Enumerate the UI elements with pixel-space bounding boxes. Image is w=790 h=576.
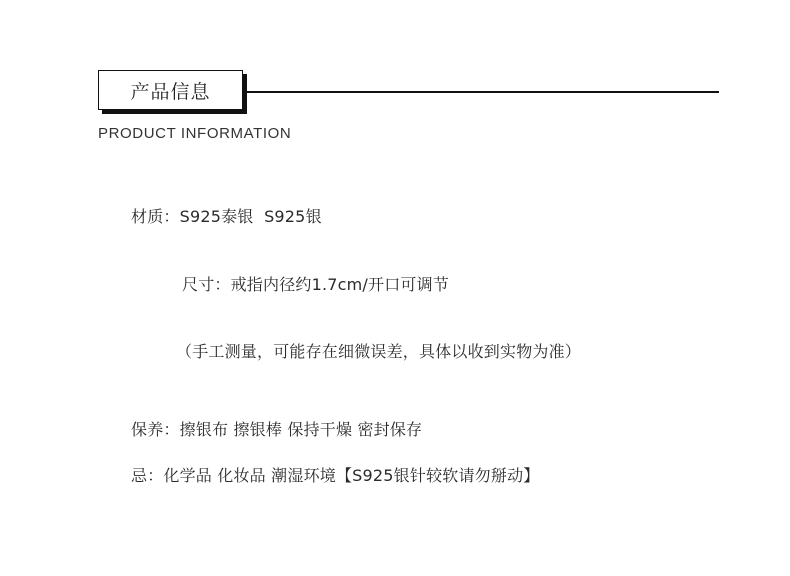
title-divider-line — [246, 91, 719, 93]
material-line: 材质：S925泰银 S925银 — [131, 204, 322, 227]
section-subtitle: PRODUCT INFORMATION — [98, 125, 291, 142]
section-title-box: 产品信息 — [98, 70, 243, 110]
size-line: 尺寸：戒指内径约1.7cm/开口可调节 — [182, 272, 449, 295]
care-line: 保养：擦银布 擦银棒 保持干燥 密封保存 — [131, 417, 422, 440]
measurement-note: （手工测量，可能存在细微误差，具体以收到实物为准） — [176, 339, 581, 362]
avoid-line: 忌：化学品 化妆品 潮湿环境【S925银针较软请勿掰动】 — [131, 463, 539, 486]
section-title: 产品信息 — [130, 77, 210, 104]
